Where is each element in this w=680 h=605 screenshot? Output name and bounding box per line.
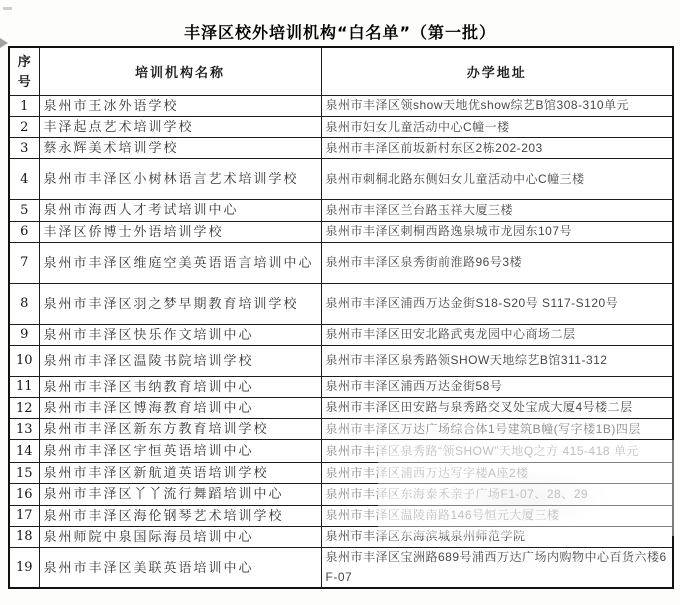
row-address: 泉州市丰泽区温陵南路146号恒元大厦三楼	[321, 505, 673, 526]
row-name: 泉州市丰泽区韦纳教育培训中心	[39, 376, 321, 397]
row-index: 7	[9, 242, 39, 283]
row-address: 泉州市妇女儿童活动中心C幢一楼	[321, 117, 673, 138]
table-row: 2 丰泽起点艺术培训学校 泉州市妇女儿童活动中心C幢一楼	[9, 117, 673, 138]
table-row: 15 泉州市丰泽区新航道英语培训学校 泉州市丰泽区浦西万达写字楼A座2楼	[9, 463, 673, 484]
row-name: 泉州师院中泉国际海员培训中心	[39, 526, 321, 547]
table-row: 8 泉州市丰泽区羽之梦早期教育培训学校 泉州市丰泽区浦西万达金街S18-S20号…	[9, 283, 673, 324]
row-index: 13	[9, 419, 39, 440]
header-address: 办学地址	[321, 47, 673, 96]
row-index: 16	[9, 484, 39, 505]
row-index: 12	[9, 397, 39, 418]
row-address: 泉州市丰泽区东海滨城泉州师范学院	[321, 526, 673, 547]
table-row: 1 泉州市王冰外语学校 泉州市丰泽区领show天地优show综艺B馆308-31…	[9, 96, 673, 117]
row-address: 泉州市刺桐北路东侧妇女儿童活动中心C幢三楼	[321, 159, 673, 200]
row-address: 泉州市丰泽区浦西万达金街S18-S20号 S117-S120号	[321, 283, 673, 324]
row-address: 泉州市丰泽区泉秀路领SHOW天地综艺B馆311-312	[321, 345, 673, 376]
row-address: 泉州市丰泽区田安北路武夷龙园中心商场二层	[321, 324, 673, 345]
row-index: 15	[9, 463, 39, 484]
row-address: 泉州市丰泽区浦西万达金街58号	[321, 376, 673, 397]
row-name: 泉州市丰泽区维庭空美英语语言培训中心	[39, 242, 321, 283]
table-row: 6 丰泽区侨博士外语培训学校 泉州市丰泽区刺桐西路逸泉城市龙园东107号	[9, 221, 673, 242]
row-address: 泉州市丰泽区田安路与泉秀路交叉处宝成大厦4号楼二层	[321, 397, 673, 418]
row-index: 17	[9, 505, 39, 526]
table-row: 17 泉州市丰泽区海伦钢琴艺术培训学校 泉州市丰泽区温陵南路146号恒元大厦三楼	[9, 505, 673, 526]
table-body: 1 泉州市王冰外语学校 泉州市丰泽区领show天地优show综艺B馆308-31…	[9, 96, 673, 589]
row-name: 泉州市丰泽区温陵书院培训学校	[39, 345, 321, 376]
row-name: 丰泽起点艺术培训学校	[39, 117, 321, 138]
row-address: 泉州市丰泽区浦西万达写字楼A座2楼	[321, 463, 673, 484]
row-address: 泉州市丰泽区兰台路玉祥大厦三楼	[321, 200, 673, 221]
table-row: 4 泉州市丰泽区小树林语言艺术培训学校 泉州市刺桐北路东侧妇女儿童活动中心C幢三…	[9, 159, 673, 200]
row-name: 泉州市丰泽区宇恒英语培训中心	[39, 440, 321, 463]
row-name: 泉州市丰泽区小树林语言艺术培训学校	[39, 159, 321, 200]
scan-noise-artifact	[3, 7, 12, 10]
row-address: 泉州市丰泽区刺桐西路逸泉城市龙园东107号	[321, 221, 673, 242]
row-name: 泉州市丰泽区丫丫流行舞蹈培训中心	[39, 484, 321, 505]
row-index: 11	[9, 376, 39, 397]
table-row: 19 泉州市丰泽区美联英语培训中心 泉州市丰泽区宝洲路689号浦西万达广场内购物…	[9, 547, 673, 588]
row-address: 泉州市丰泽区泉秀路“领SHOW”天地Q之方 415-418 单元	[321, 440, 673, 463]
row-address: 泉州市丰泽区宝洲路689号浦西万达广场内购物中心百货六楼6F-07	[321, 547, 673, 588]
row-name: 泉州市丰泽区新东方教育培训学校	[39, 419, 321, 440]
table-row: 5 泉州市海西人才考试培训中心 泉州市丰泽区兰台路玉祥大厦三楼	[9, 200, 673, 221]
row-index: 6	[9, 221, 39, 242]
header-index: 序号	[9, 47, 39, 96]
row-index: 14	[9, 440, 39, 463]
row-name: 泉州市王冰外语学校	[39, 96, 321, 117]
row-index: 19	[9, 547, 39, 588]
row-name: 丰泽区侨博士外语培训学校	[39, 221, 321, 242]
row-index: 8	[9, 283, 39, 324]
row-index: 18	[9, 526, 39, 547]
row-address: 泉州市丰泽区前坂新村东区2栋202-203	[321, 138, 673, 159]
row-name: 泉州市丰泽区快乐作文培训中心	[39, 324, 321, 345]
row-index: 1	[9, 96, 39, 117]
whitelist-table: 序号 培训机构名称 办学地址 1 泉州市王冰外语学校 泉州市丰泽区领show天地…	[8, 46, 674, 589]
table-row: 16 泉州市丰泽区丫丫流行舞蹈培训中心 泉州市丰泽区东海泰禾亲子广场F1-07、…	[9, 484, 673, 505]
row-address: 泉州市丰泽区万达广场综合体1号建筑B幢(写字楼1B)四层	[321, 419, 673, 440]
table-row: 18 泉州师院中泉国际海员培训中心 泉州市丰泽区东海滨城泉州师范学院	[9, 526, 673, 547]
header-institution-name: 培训机构名称	[39, 47, 321, 96]
document-page: 丰泽区校外培训机构“白名单”（第一批） 序号 培训机构名称 办学地址 1 泉州市…	[0, 0, 680, 605]
table-row: 12 泉州市丰泽区博海教育培训中心 泉州市丰泽区田安路与泉秀路交叉处宝成大厦4号…	[9, 397, 673, 418]
row-name: 泉州市丰泽区新航道英语培训学校	[39, 463, 321, 484]
row-address: 泉州市丰泽区东海泰禾亲子广场F1-07、28、29	[321, 484, 673, 505]
row-name: 泉州市丰泽区羽之梦早期教育培训学校	[39, 283, 321, 324]
row-name: 蔡永辉美术培训学校	[39, 138, 321, 159]
row-name: 泉州市海西人才考试培训中心	[39, 200, 321, 221]
table-row: 7 泉州市丰泽区维庭空美英语语言培训中心 泉州市丰泽区泉秀街前淮路96号3楼	[9, 242, 673, 283]
row-index: 4	[9, 159, 39, 200]
row-address: 泉州市丰泽区领show天地优show综艺B馆308-310单元	[321, 96, 673, 117]
row-index: 10	[9, 345, 39, 376]
row-index: 9	[9, 324, 39, 345]
table-header: 序号 培训机构名称 办学地址	[9, 47, 673, 96]
page-title: 丰泽区校外培训机构“白名单”（第一批）	[0, 20, 680, 43]
row-index: 2	[9, 117, 39, 138]
table-row: 10 泉州市丰泽区温陵书院培训学校 泉州市丰泽区泉秀路领SHOW天地综艺B馆31…	[9, 345, 673, 376]
table-row: 9 泉州市丰泽区快乐作文培训中心 泉州市丰泽区田安北路武夷龙园中心商场二层	[9, 324, 673, 345]
row-name: 泉州市丰泽区海伦钢琴艺术培训学校	[39, 505, 321, 526]
row-index: 3	[9, 138, 39, 159]
row-name: 泉州市丰泽区博海教育培训中心	[39, 397, 321, 418]
table-row: 3 蔡永辉美术培训学校 泉州市丰泽区前坂新村东区2栋202-203	[9, 138, 673, 159]
row-index: 5	[9, 200, 39, 221]
table-row: 14 泉州市丰泽区宇恒英语培训中心 泉州市丰泽区泉秀路“领SHOW”天地Q之方 …	[9, 440, 673, 463]
table-row: 11 泉州市丰泽区韦纳教育培训中心 泉州市丰泽区浦西万达金街58号	[9, 376, 673, 397]
row-address: 泉州市丰泽区泉秀街前淮路96号3楼	[321, 242, 673, 283]
table-row: 13 泉州市丰泽区新东方教育培训学校 泉州市丰泽区万达广场综合体1号建筑B幢(写…	[9, 419, 673, 440]
row-name: 泉州市丰泽区美联英语培训中心	[39, 547, 321, 588]
